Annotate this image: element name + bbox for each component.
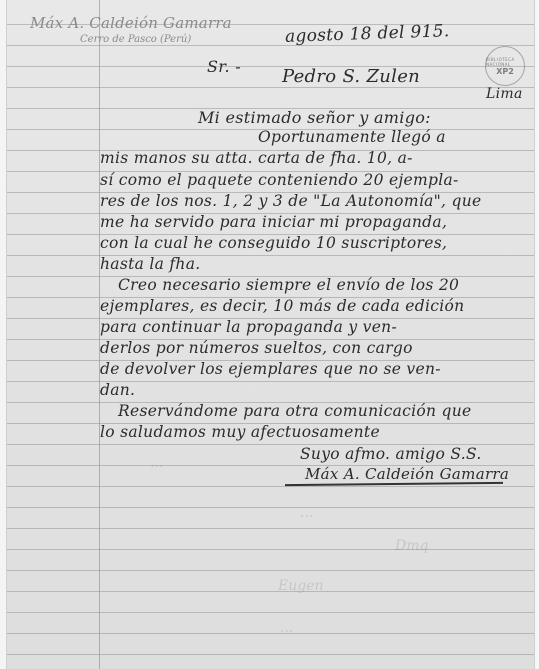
bleed-through-text: ... <box>150 455 163 471</box>
body-line: ejemplares, es decir, 10 más de cada edi… <box>100 297 464 315</box>
body-line: derlos por números sueltos, con cargo <box>100 339 413 357</box>
recipient-city: Lima <box>486 86 523 102</box>
body-line: lo saludamos muy afectuosamente <box>100 423 380 441</box>
body-line: Oportunamente llegó a <box>258 128 446 146</box>
letter-date: agosto 18 del 915. <box>285 21 450 47</box>
body-line: sí como el paquete conteniendo 20 ejempl… <box>100 171 459 189</box>
body-line: con la cual he conseguido 10 suscriptore… <box>100 234 447 252</box>
closing: Suyo afmo. amigo S.S. <box>300 445 482 463</box>
bleed-through-text: ... <box>300 505 313 521</box>
stamp-ring-text: BIBLIOTECA NACIONAL <box>486 57 524 67</box>
body-line: para continuar la propaganda y ven- <box>100 318 397 336</box>
page-right-edge <box>534 0 539 669</box>
bleed-through-text: Eugen <box>278 578 324 594</box>
body-line: hasta la fha. <box>100 255 201 273</box>
recipient-name: Pedro S. Zulen <box>282 66 420 87</box>
page-left-edge <box>0 0 7 669</box>
body-line: res de los nos. 1, 2 y 3 de "La Autonomí… <box>100 192 481 210</box>
stamp-code: XP2 <box>496 67 514 76</box>
letterhead: Máx A. Caldeión Gamarra Cerro de Pasco (… <box>30 14 232 32</box>
signature: Máx A. Caldeión Gamarra <box>305 465 509 483</box>
greeting: Mi estimado señor y amigo: <box>198 108 431 127</box>
bleed-through-text: ... <box>280 620 293 636</box>
library-stamp: BIBLIOTECA NACIONAL XP2 <box>485 46 525 86</box>
letterhead-name: Máx A. Caldeión Gamarra <box>30 14 232 32</box>
letter-page: Máx A. Caldeión Gamarra Cerro de Pasco (… <box>0 0 539 669</box>
body-line: me ha servido para iniciar mi propaganda… <box>100 213 447 231</box>
body-line: de devolver los ejemplares que no se ven… <box>100 360 441 378</box>
body-line: Reservándome para otra comunicación que <box>118 402 472 420</box>
body-line: mis manos su atta. carta de fha. 10, a- <box>100 149 413 167</box>
body-line: Creo necesario siempre el envío de los 2… <box>118 276 459 294</box>
salutation-prefix: Sr. - <box>207 57 241 76</box>
body-line: dan. <box>100 381 135 399</box>
letterhead-city: Cerro de Pasco (Perú) <box>80 34 191 45</box>
bleed-through-text: Dmq <box>395 538 428 554</box>
